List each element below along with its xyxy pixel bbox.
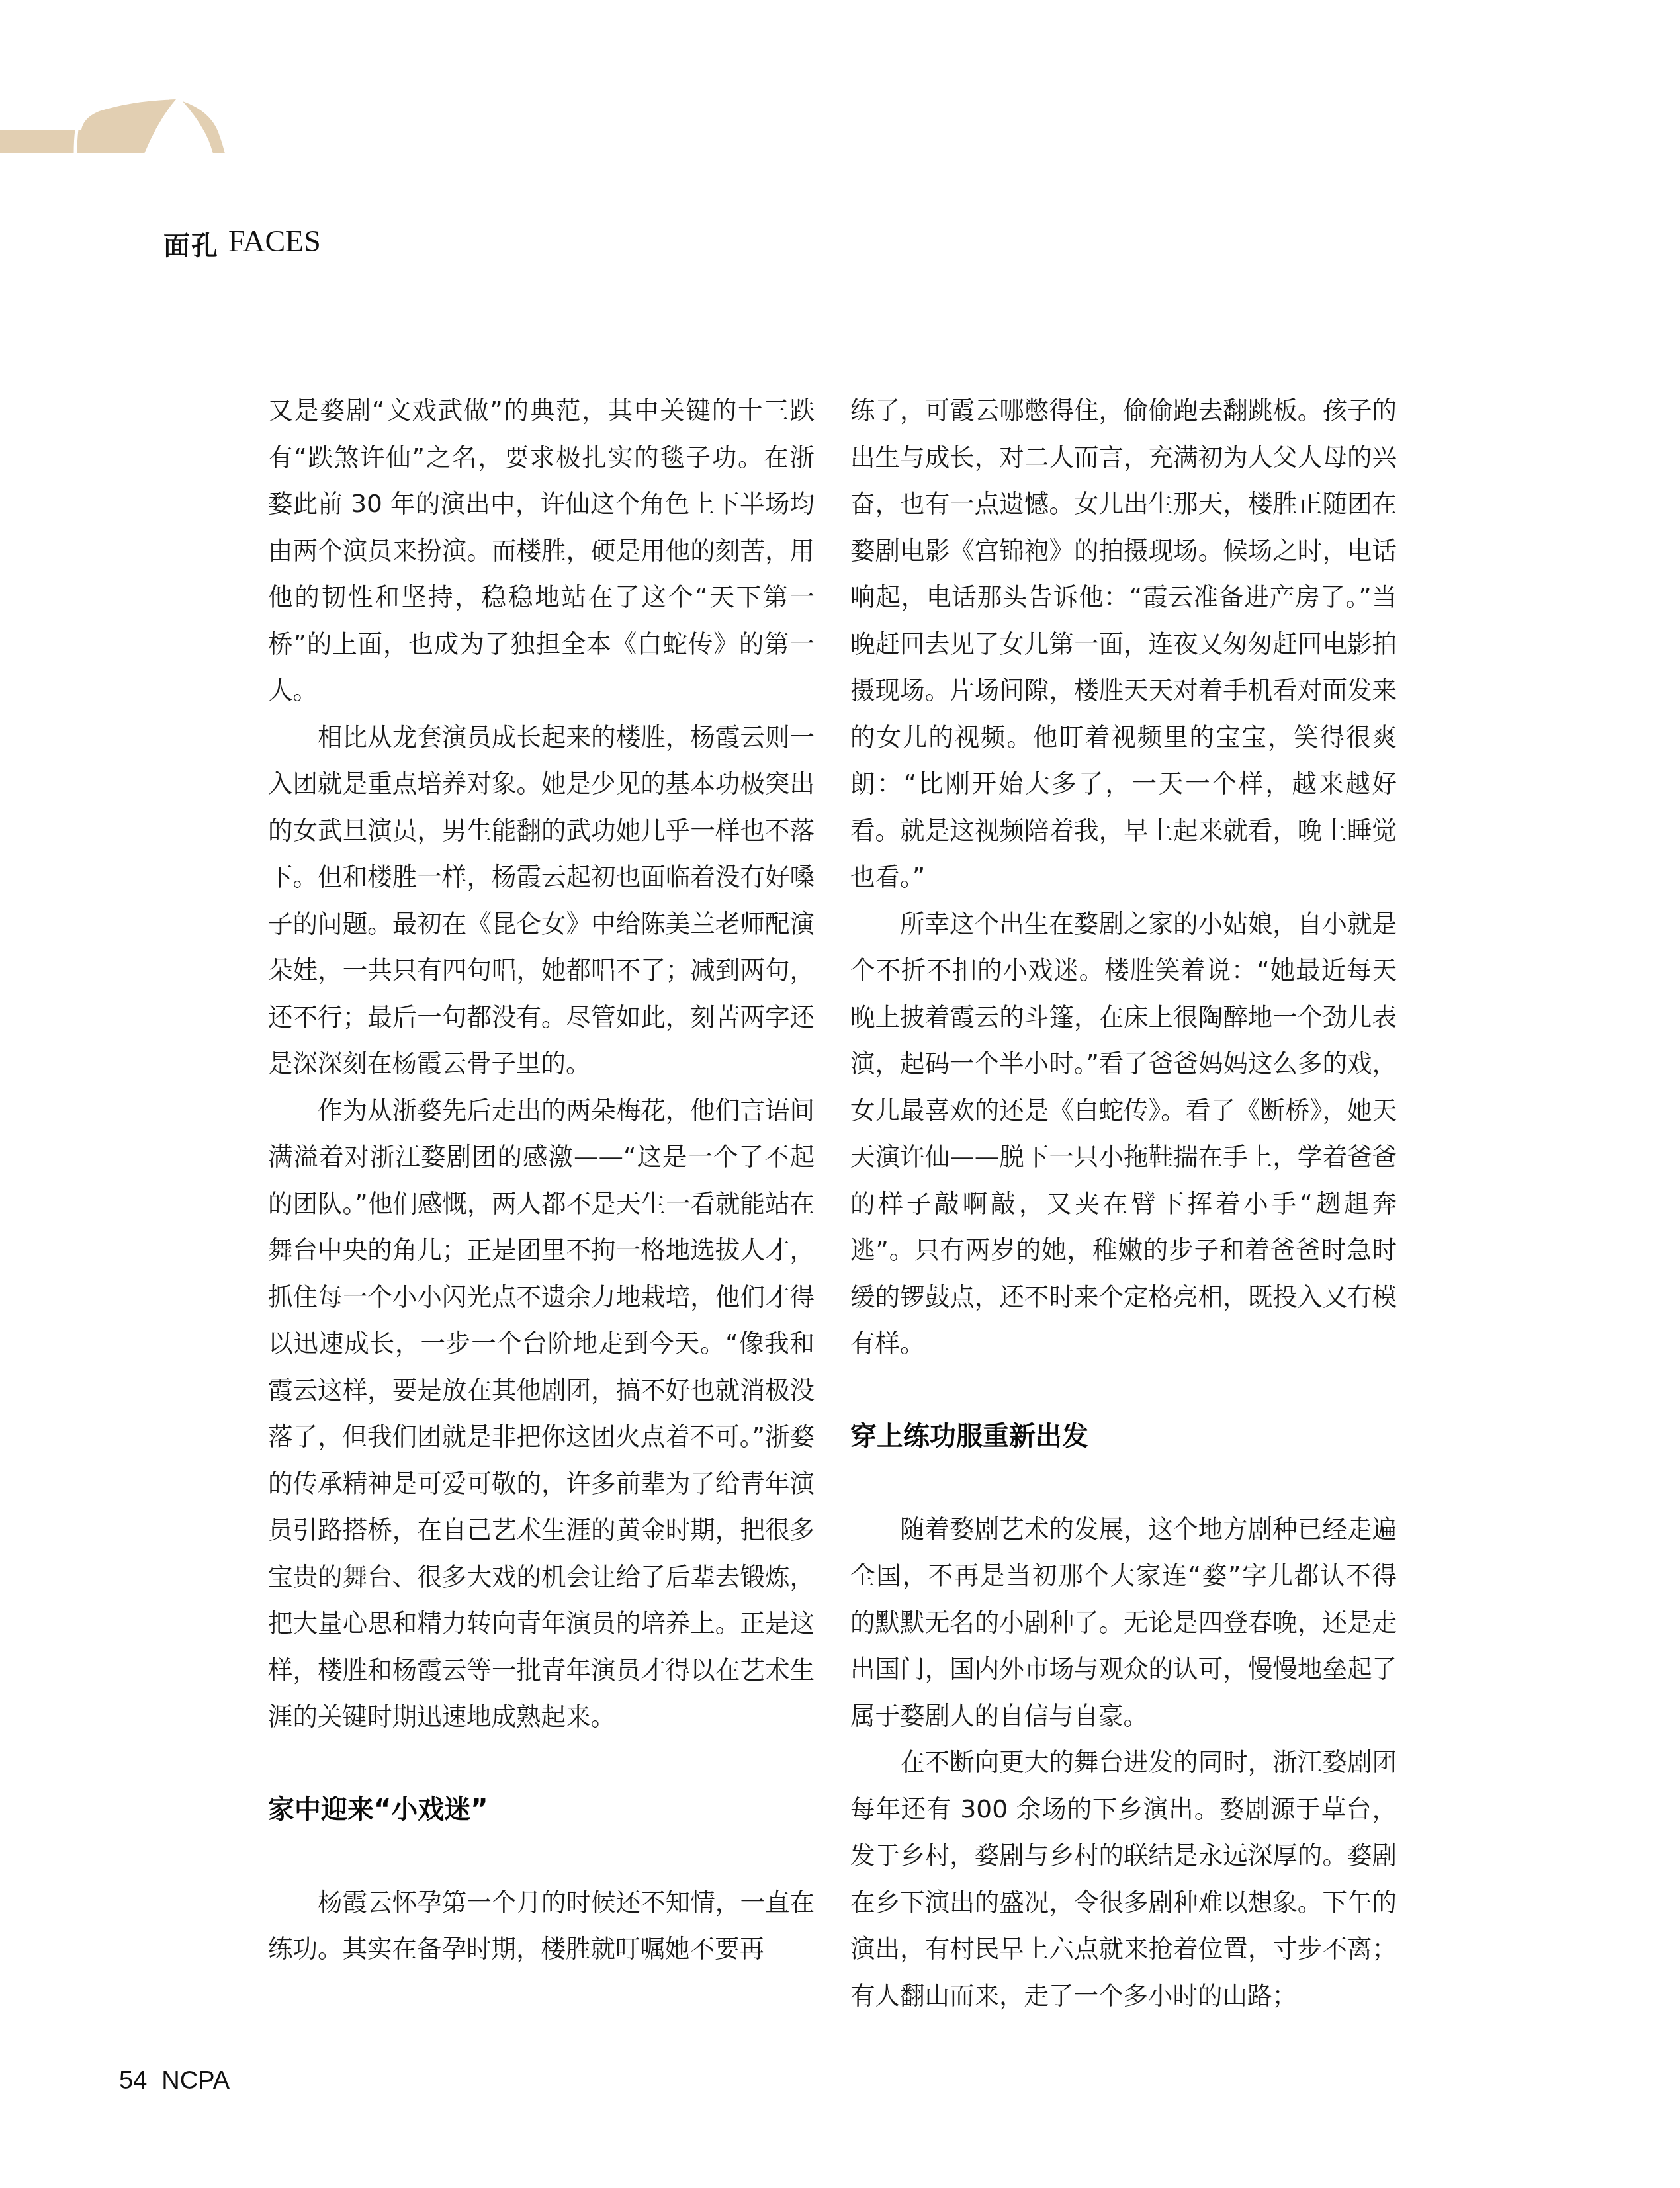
paragraph: 在不断向更大的舞台进发的同时，浙江婺剧团每年还有 300 余场的下乡演出。婺剧源… — [850, 1739, 1397, 2019]
paragraph: 杨霞云怀孕第一个月的时候还不知情，一直在练功。其实在备孕时期，楼胜就叮嘱她不要再 — [268, 1879, 815, 1972]
article-column-right: 练了，可霞云哪憋得住，偷偷跑去翻跳板。孩子的出生与成长，对二人而言，充满初为人父… — [850, 387, 1397, 2019]
section-header: 面孔 FACES — [0, 99, 529, 165]
article-column-left: 又是婺剧“文戏武做”的典范，其中关键的十三跌有“跌煞许仙”之名，要求极扎实的毯子… — [268, 387, 815, 1972]
paragraph: 所幸这个出生在婺剧之家的小姑娘，自小就是个不折不扣的小戏迷。楼胜笑着说：“她最近… — [850, 900, 1397, 1367]
header-band-graphic — [0, 99, 529, 165]
publication-name: NCPA — [161, 2067, 230, 2095]
page-number: 54 — [119, 2067, 147, 2095]
paragraph: 相比从龙套演员成长起来的楼胜，杨霞云则一入团就是重点培养对象。她是少见的基本功极… — [268, 714, 815, 1087]
paragraph: 作为从浙婺先后走出的两朵梅花，他们言语间满溢着对浙江婺剧团的感激——“这是一个了… — [268, 1087, 815, 1740]
section-heading: 穿上练功服重新出发 — [850, 1413, 1397, 1460]
paragraph: 又是婺剧“文戏武做”的典范，其中关键的十三跌有“跌煞许仙”之名，要求极扎实的毯子… — [268, 387, 815, 714]
section-label-cn: 面孔 — [163, 225, 219, 263]
section-heading: 家中迎来“小戏迷” — [268, 1786, 815, 1833]
paragraph: 随着婺剧艺术的发展，这个地方剧种已经走遍全国，不再是当初那个大家连“婺”字儿都认… — [850, 1506, 1397, 1739]
paragraph: 练了，可霞云哪憋得住，偷偷跑去翻跳板。孩子的出生与成长，对二人而言，充满初为人父… — [850, 387, 1397, 900]
page-footer: 54NCPA — [119, 2067, 230, 2095]
section-label-en: FACES — [228, 224, 321, 259]
